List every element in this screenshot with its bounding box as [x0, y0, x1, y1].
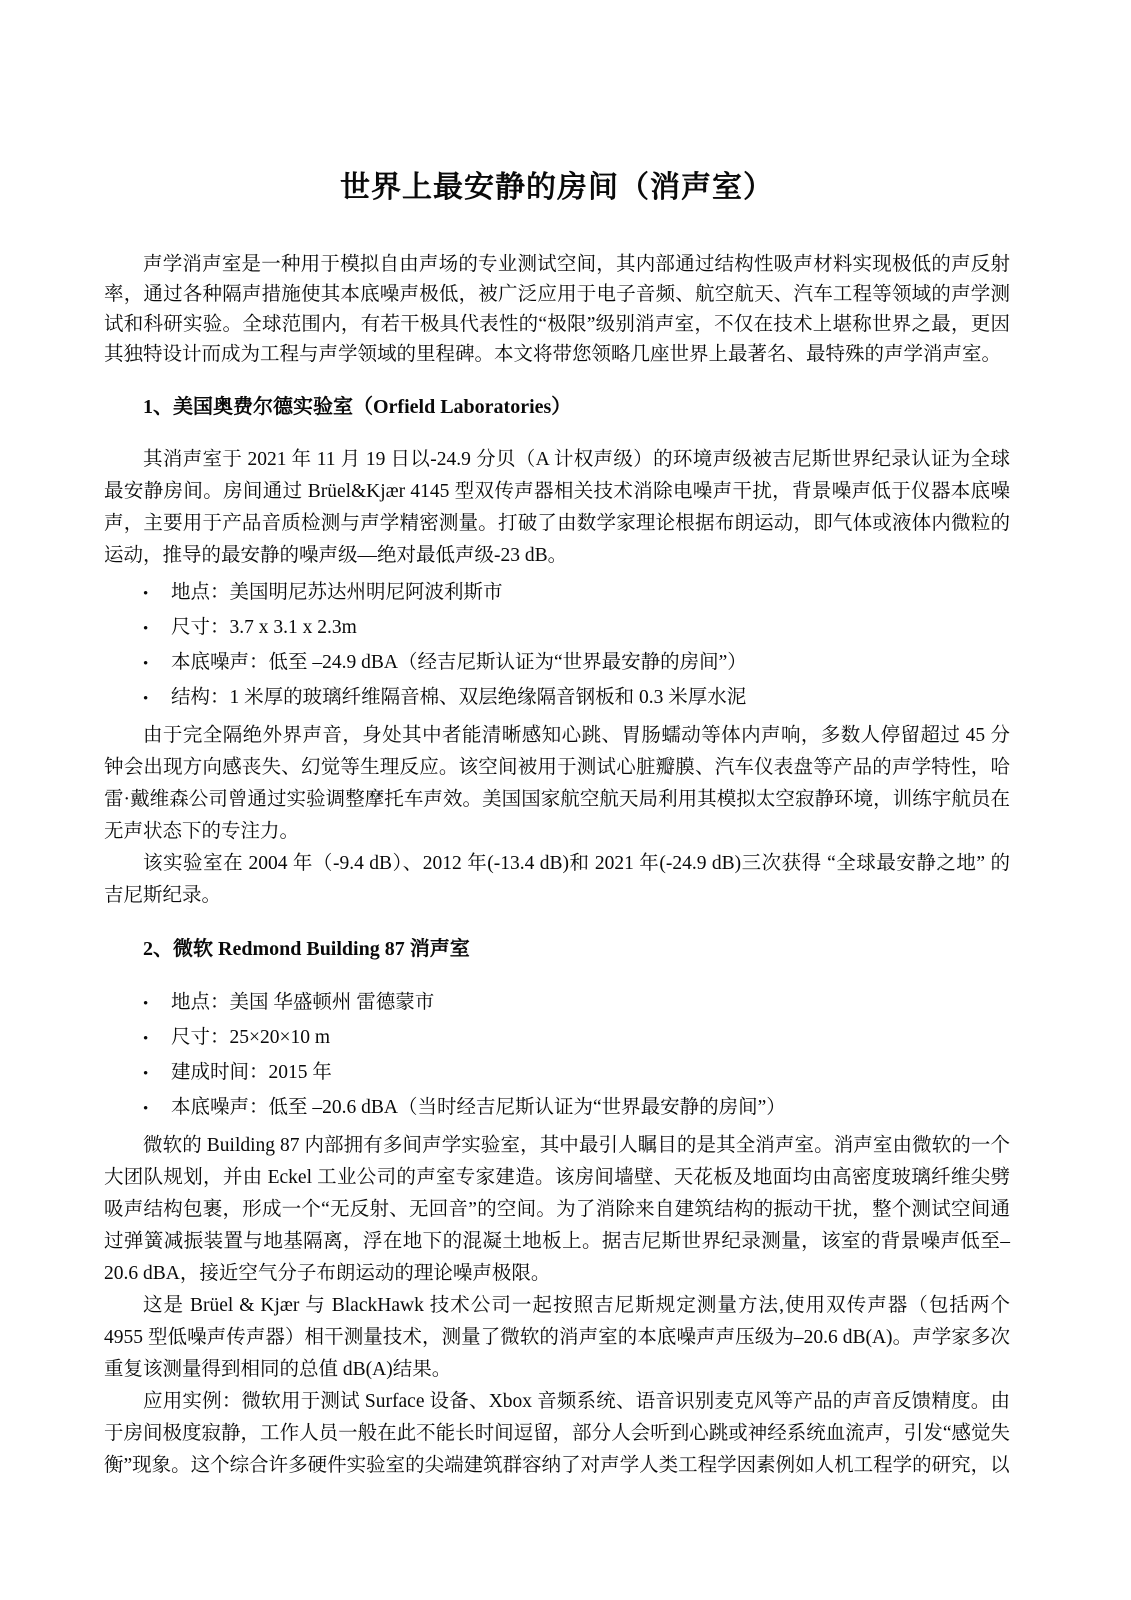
list-item: • 本底噪声：低至 –20.6 dBA（当时经吉尼斯认证为“世界最安静的房间”） [143, 1091, 1010, 1126]
section-1-paragraph-3: 该实验室在 2004 年（-9.4 dB）、2012 年(-13.4 dB)和 … [104, 848, 1010, 912]
bullet-icon: • [143, 1023, 171, 1056]
bullet-text-dimensions: 尺寸：25×20×10 m [171, 1021, 1010, 1054]
section-1-paragraph-1: 其消声室于 2021 年 11 月 19 日以-24.9 分贝（A 计权声级）的… [104, 444, 1010, 572]
bullet-text-location: 地点：美国明尼苏达州明尼阿波利斯市 [171, 576, 1010, 609]
bullet-text-structure: 结构：1 米厚的玻璃纤维隔音棉、双层绝缘隔音钢板和 0.3 米厚水泥 [171, 681, 1010, 714]
document-content: 世界上最安静的房间（消声室） 声学消声室是一种用于模拟自由声场的专业测试空间，其… [104, 170, 1010, 1482]
intro-paragraph: 声学消声室是一种用于模拟自由声场的专业测试空间，其内部通过结构性吸声材料实现极低… [104, 250, 1010, 370]
bullet-icon: • [143, 1093, 171, 1126]
list-item: • 地点：美国 华盛顿州 雷德蒙市 [143, 986, 1010, 1021]
list-item: • 尺寸：25×20×10 m [143, 1021, 1010, 1056]
bullet-icon: • [143, 1058, 171, 1091]
section-1-bullet-list: • 地点：美国明尼苏达州明尼阿波利斯市 • 尺寸：3.7 x 3.1 x 2.3… [143, 576, 1010, 716]
bullet-text-dimensions: 尺寸：3.7 x 3.1 x 2.3m [171, 611, 1010, 644]
bullet-text-noise-floor: 本底噪声：低至 –20.6 dBA（当时经吉尼斯认证为“世界最安静的房间”） [171, 1091, 1010, 1124]
bullet-icon: • [143, 648, 171, 681]
bullet-icon: • [143, 613, 171, 646]
bullet-icon: • [143, 988, 171, 1021]
bullet-text-built-year: 建成时间：2015 年 [171, 1056, 1010, 1089]
section-2-paragraph-2: 这是 Brüel & Kjær 与 BlackHawk 技术公司一起按照吉尼斯规… [104, 1290, 1010, 1386]
section-2-paragraph-1: 微软的 Building 87 内部拥有多间声学实验室，其中最引人瞩目的是其全消… [104, 1130, 1010, 1290]
list-item: • 尺寸：3.7 x 3.1 x 2.3m [143, 611, 1010, 646]
bullet-icon: • [143, 578, 171, 611]
bullet-text-noise-floor: 本底噪声：低至 –24.9 dBA（经吉尼斯认证为“世界最安静的房间”） [171, 646, 1010, 679]
section-1-heading: 1、美国奥费尔德实验室（Orfield Laboratories） [143, 394, 1010, 420]
list-item: • 地点：美国明尼苏达州明尼阿波利斯市 [143, 576, 1010, 611]
list-item: • 结构：1 米厚的玻璃纤维隔音棉、双层绝缘隔音钢板和 0.3 米厚水泥 [143, 681, 1010, 716]
section-2-bullet-list: • 地点：美国 华盛顿州 雷德蒙市 • 尺寸：25×20×10 m • 建成时间… [143, 986, 1010, 1126]
section-1-paragraph-2: 由于完全隔绝外界声音，身处其中者能清晰感知心跳、胃肠蠕动等体内声响，多数人停留超… [104, 720, 1010, 848]
section-2-paragraph-3: 应用实例：微软用于测试 Surface 设备、Xbox 音频系统、语音识别麦克风… [104, 1386, 1010, 1482]
list-item: • 建成时间：2015 年 [143, 1056, 1010, 1091]
bullet-icon: • [143, 683, 171, 716]
document-title: 世界上最安静的房间（消声室） [104, 170, 1010, 206]
bullet-text-location: 地点：美国 华盛顿州 雷德蒙市 [171, 986, 1010, 1019]
list-item: • 本底噪声：低至 –24.9 dBA（经吉尼斯认证为“世界最安静的房间”） [143, 646, 1010, 681]
section-2-heading: 2、微软 Redmond Building 87 消声室 [143, 936, 1010, 962]
document-page: 世界上最安静的房间（消声室） 声学消声室是一种用于模拟自由声场的专业测试空间，其… [0, 0, 1131, 1600]
